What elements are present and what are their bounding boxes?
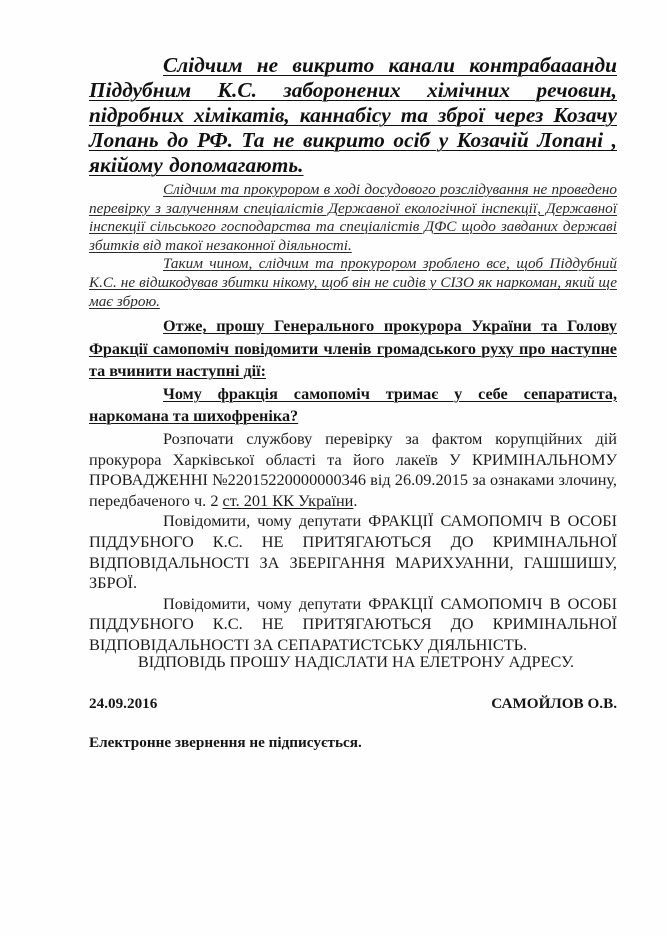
criminal-code-link[interactable]: ст. 201 КК України [223, 491, 354, 510]
request-paragraph-text: Отже, прошу Генерального прокурора Украї… [89, 317, 617, 380]
bold-section: Отже, прошу Генерального прокурора Украї… [89, 315, 617, 428]
document-date: 24.09.2016 [89, 694, 157, 714]
heading-paragraph: Слідчим не викрито канали контрабааанди … [89, 53, 617, 178]
question-paragraph-text: Чому фракція самопоміч тримає у себе сеп… [89, 385, 617, 426]
question-paragraph: Чому фракція самопоміч тримає у себе сеп… [89, 383, 617, 428]
italic-paragraph-2: Таким чином, слідчим та прокурором зробл… [89, 255, 617, 311]
heading-text: Слідчим не викрито канали контрабааанди … [89, 53, 617, 177]
signatory-name: САМОЙЛОВ О.В. [491, 694, 617, 714]
inspection-paragraph: Розпочати службову перевірку за фактом к… [89, 429, 617, 511]
request-paragraph: Отже, прошу Генерального прокурора Украї… [89, 315, 617, 383]
heading-block: Слідчим не викрито канали контрабааанди … [89, 53, 617, 178]
notify-paragraph-2-text: Повідомити, чому депутати ФРАКЦІЇ САМОПО… [89, 594, 617, 654]
italic-section: Слідчим та прокурором в ході досудового … [89, 181, 617, 311]
italic-paragraph-1-text: Слідчим та прокурором в ході досудового … [89, 181, 617, 254]
regular-section: Розпочати службову перевірку за фактом к… [89, 429, 617, 656]
notify-paragraph-1-text: Повідомити, чому депутати ФРАКЦІЇ САМОПО… [89, 511, 617, 592]
reply-request: ВІДПОВІДЬ ПРОШУ НАДІСЛАТИ НА ЕЛЕТРОНУ АД… [89, 652, 617, 672]
italic-paragraph-1: Слідчим та прокурором в ході досудового … [89, 181, 617, 255]
document-page: Слідчим не викрито канали контрабааанди … [0, 0, 668, 936]
notify-paragraph-2: Повідомити, чому депутати ФРАКЦІЇ САМОПО… [89, 594, 617, 656]
signature-row: 24.09.2016 САМОЙЛОВ О.В. [89, 694, 617, 714]
italic-paragraph-2-text: Таким чином, слідчим та прокурором зробл… [89, 255, 617, 309]
notify-paragraph-1: Повідомити, чому депутати ФРАКЦІЇ САМОПО… [89, 511, 617, 593]
e-signature-note: Електронне звернення не підписується. [89, 733, 362, 753]
inspection-text-end: . [353, 491, 357, 510]
